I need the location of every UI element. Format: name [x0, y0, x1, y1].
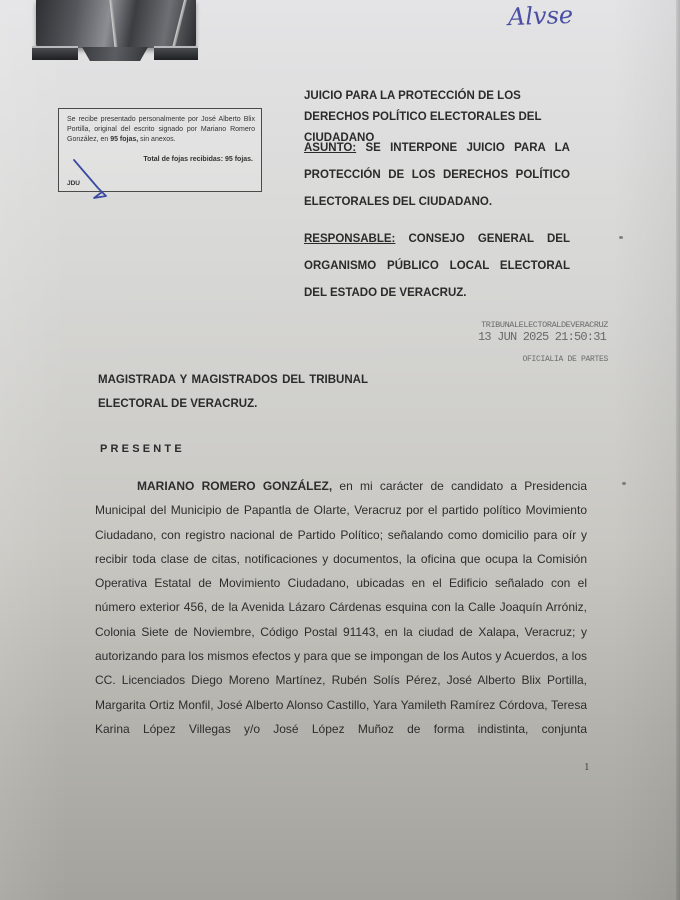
addressee: MAGISTRADA Y MAGISTRADOS DEL TRIBUNAL EL…: [98, 368, 368, 416]
receipt-total: Total de fojas recibidas: 95 fojas.: [143, 156, 253, 163]
asunto-label: ASUNTO:: [304, 142, 356, 154]
asunto-block: ASUNTO: SE INTERPONE JUICIO PARA LA PROT…: [304, 135, 570, 216]
petitioner-name: MARIANO ROMERO GONZÁLEZ,: [137, 479, 332, 493]
paper-speck: [622, 482, 626, 485]
page-number: 1: [584, 761, 590, 773]
stamp-datetime: 13 JUN 2025 21:50:31: [440, 330, 606, 344]
paper-edge: [676, 0, 680, 900]
responsable-block: RESPONSABLE: CONSEJO GENERAL DEL ORGANIS…: [304, 226, 570, 307]
paper-speck: [619, 236, 623, 239]
court-reception-stamp: TRIBUNALELECTORALDEVERACRUZ 13 JUN 2025 …: [440, 320, 608, 364]
responsable-label: RESPONSABLE:: [304, 233, 395, 245]
stamp-institution: TRIBUNALELECTORALDEVERACRUZ: [440, 320, 608, 330]
body-paragraph: MARIANO ROMERO GONZÁLEZ, en mi carácter …: [95, 474, 587, 741]
binder-clip: [32, 0, 202, 62]
stamp-office: OFICIALIA DE PARTES: [440, 355, 608, 364]
receipt-text: Se recibe presentado personalmente por J…: [67, 115, 255, 145]
handwritten-note: Alvse: [508, 1, 574, 31]
signature-check-mark-icon: [72, 158, 112, 202]
salutation: PRESENTE: [100, 443, 185, 455]
